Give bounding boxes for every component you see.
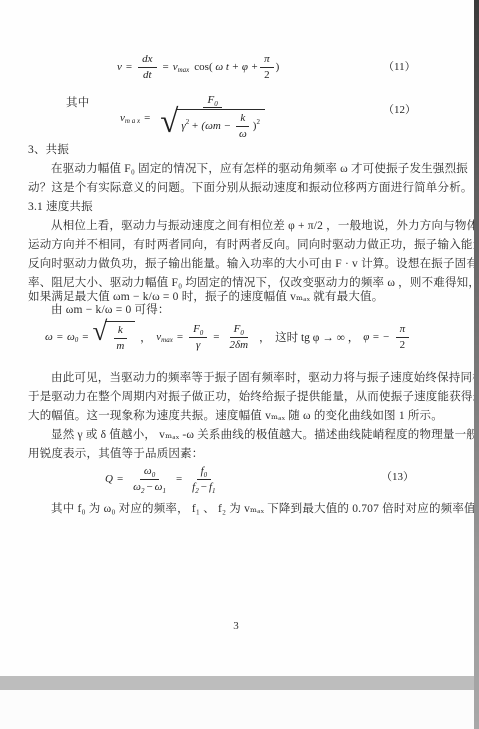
eq11-equals-2: =: [163, 61, 169, 73]
equation-number-11: （11）: [383, 58, 416, 74]
eq11-cos: cos(: [194, 61, 215, 73]
ieq-force-2-subscript: 0: [240, 329, 244, 337]
ieq-comma-1: ，: [140, 329, 151, 345]
equation-13: Q = ω0 ω2−ω1 = f0 f2−f1 （13）: [0, 458, 479, 500]
ieq-force-1: F: [193, 323, 200, 335]
eq12-plus-term: + (ωm −: [191, 120, 231, 133]
page-gap: [0, 676, 479, 690]
ieq-equals-2: =: [82, 331, 88, 343]
eq13-omega0-subscript: 0: [152, 471, 156, 479]
eq12-k: k: [236, 112, 249, 127]
document-viewer: v = dx dt = vmax cos( ω t + φ + π 2 ) （1…: [0, 0, 479, 729]
paragraph-line: 其中 f₀ 为 ω₀ 对应的频率， f₁ 、 f₂ 为 vₘₐₓ 下降到最大值的…: [28, 500, 479, 519]
ieq-2dm: 2δm: [226, 338, 253, 352]
right-edge-bar: [474, 0, 479, 729]
eq13-omega1-subscript: 1: [162, 487, 166, 495]
ieq-gamma: γ: [192, 338, 204, 352]
equation-12-body: vm a x = F0 √ γ2 + (ωm − k ω: [120, 88, 271, 148]
ieq-f-over-gamma: F0 γ: [189, 323, 207, 351]
ieq-text: 这时 tg φ → ∞ ，: [275, 329, 359, 345]
ieq-pi: π: [396, 323, 410, 338]
eq13-omega-fraction: ω0 ω2−ω1: [129, 465, 170, 493]
ieq-square-root: √ k m: [93, 321, 136, 352]
ieq-omega0: ω: [67, 331, 75, 343]
ieq-radicand: k m: [105, 321, 135, 352]
eq12-intro-label: 其中: [66, 94, 126, 113]
page-number: 3: [0, 620, 472, 632]
eq12-denominator: √ γ2 + (ωm − k ω )2: [156, 108, 269, 142]
eq11-argument: ω t + φ +: [215, 61, 258, 73]
ieq-f-over-2dm: F0 2δm: [226, 323, 253, 351]
ieq-f-gamma-num: F0: [189, 323, 207, 338]
eq13-omega2-subscript: 2: [141, 487, 145, 495]
eq13-frequency-den: f2−f1: [188, 480, 219, 494]
eq12-numerator: F0: [203, 94, 221, 109]
eq11-pi-half-fraction: π 2: [260, 53, 274, 81]
equation-12: 其中 vm a x = F0 √ γ2 + (ωm − k: [0, 88, 479, 148]
equation-11: v = dx dt = vmax cos( ω t + φ + π 2 ) （1…: [0, 48, 479, 86]
paragraph-line: 显然 γ 或 δ 值越小， vₘₐₓ -ω 关系曲线的极值越大。描述曲线陡峭程度…: [28, 426, 479, 445]
paragraph-line: 从相位上看，驱动力与振动速度之间有相位差 φ + π/2 ，一般地说，外力方向与…: [28, 217, 479, 236]
eq13-f0-subscript: 0: [204, 471, 208, 479]
eq13-omega-num: ω0: [140, 465, 159, 480]
pdf-page-3: v = dx dt = vmax cos( ω t + φ + π 2 ) （1…: [0, 0, 479, 676]
inline-equation-body: ω = ω0 = √ k m ， vmax = F0: [45, 317, 411, 357]
eq13-f2-subscript: 2: [195, 487, 199, 495]
paragraph-line: 大的幅值。这一现象称为速度共振。速度幅值 vₘₐₓ 随 ω 的变化曲线如图 1 …: [28, 407, 456, 426]
eq11-equals: =: [126, 61, 132, 73]
eq13-omega-den: ω2−ω1: [129, 480, 170, 494]
ieq-two: 2: [396, 338, 410, 352]
paragraph-line: 反向时驱动力做负功，振子输出能量。输入功率的大小可由 F · v 计算。设想在振…: [28, 255, 456, 274]
eq11-close-paren: ): [276, 61, 280, 73]
ieq-k-over-m: k m: [112, 324, 128, 352]
eq13-omega0: ω: [144, 465, 152, 477]
eq11-two: 2: [260, 68, 274, 82]
eq12-omega: ω: [235, 127, 251, 141]
ieq-omega: ω: [45, 331, 53, 343]
paragraph-line: 由此可见，当驱动力的频率等于振子固有频率时，驱动力将与振子速度始终保持同相，: [28, 369, 479, 388]
ieq-phi: φ = −: [363, 331, 389, 343]
equation-number-12: （12）: [383, 101, 416, 117]
eq12-radicand: γ2 + (ωm − k ω )2: [176, 109, 265, 140]
equation-number-13: （13）: [381, 468, 414, 484]
ieq-comma-2: ，: [259, 329, 270, 345]
eq13-omega2: ω: [133, 481, 141, 493]
eq11-derivative-den: dt: [139, 68, 156, 82]
section-heading: 3、共振: [28, 141, 456, 160]
eq13-equals-1: =: [117, 473, 123, 485]
eq13-f1-subscript: 1: [212, 487, 216, 495]
eq11-pi: π: [260, 53, 274, 68]
ieq-f-2dm-num: F0: [230, 323, 248, 338]
equation-11-body: v = dx dt = vmax cos( ω t + φ + π 2 ): [117, 48, 279, 86]
ieq-k: k: [114, 324, 127, 339]
eq12-main-fraction: F0 √ γ2 + (ωm − k ω )2: [156, 94, 269, 143]
eq13-Q: Q: [105, 473, 113, 485]
ieq-force-1-subscript: 0: [200, 329, 204, 337]
eq11-vmax: v: [173, 61, 178, 73]
eq12-force-subscript: 0: [214, 100, 218, 108]
eq13-frequency-num: f0: [197, 465, 212, 480]
eq12-square-root: √ γ2 + (ωm − k ω )2: [160, 109, 265, 142]
paragraph-line: 在驱动力幅值 F₀ 固定的情况下，应有怎样的驱动角频率 ω 才可使振子发生强烈振: [28, 160, 479, 179]
next-page-top: [0, 690, 479, 729]
eq12-k-over-omega: k ω: [235, 112, 251, 140]
ieq-pi-half: π 2: [396, 323, 410, 351]
subsection-heading: 3.1 速度共振: [28, 198, 456, 217]
eq11-derivative-fraction: dx dt: [138, 53, 156, 81]
equation-13-body: Q = ω0 ω2−ω1 = f0 f2−f1: [105, 458, 222, 500]
paragraph-line: 动？这是个有实际意义的问题。下面分别从振动速度和振动位移两方面进行简单分析。: [28, 179, 456, 198]
inline-equation: ω = ω0 = √ k m ， vmax = F0: [0, 317, 479, 357]
paragraph-line: 运动方向并不相同，有时两者同向，有时两者反向。同向时驱动力做正功，振子输入能量；: [28, 236, 456, 255]
eq13-equals-2: =: [176, 473, 182, 485]
eq13-minus-1: −: [146, 481, 152, 493]
eq11-derivative-num: dx: [138, 53, 156, 68]
ieq-equals-3: =: [177, 331, 183, 343]
eq11-lhs: v: [117, 61, 122, 73]
ieq-equals-1: =: [57, 331, 63, 343]
paragraph-line: 于是驱动力在整个周期内对振子做正功，始终给振子提供能量，从而使振子速度能获得最: [28, 388, 456, 407]
radical-sign: √: [93, 318, 108, 345]
eq12-equals: =: [144, 112, 150, 124]
ieq-m: m: [112, 339, 128, 353]
ieq-equals-4: =: [213, 331, 219, 343]
eq13-minus-2: −: [201, 481, 207, 493]
radical-sign: √: [160, 106, 178, 139]
eq13-frequency-fraction: f0 f2−f1: [188, 465, 219, 493]
